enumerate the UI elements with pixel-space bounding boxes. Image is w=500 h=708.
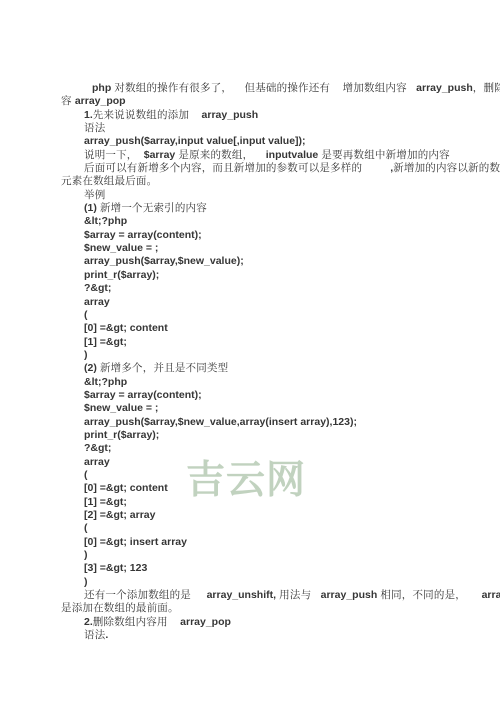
text-line: 元素在数组最后面。 xyxy=(61,175,461,188)
text-line: (2) 新增多个，并且是不同类型 xyxy=(61,362,461,375)
text-line: print_r($array); xyxy=(61,429,461,442)
text-line: array_push($array,input value[,input val… xyxy=(61,135,461,148)
text-line: 2.删除数组内容用 array_pop xyxy=(61,616,461,629)
text-line: 后面可以有新增多个内容，而且新增加的参数可以是多样的 ,新增加的内容以新的数组 xyxy=(61,162,461,175)
text-line: ) xyxy=(61,349,461,362)
text-line: $new_value = ; xyxy=(61,402,461,415)
text-line: array xyxy=(61,296,461,309)
text-line: 是添加在数组的最前面。 xyxy=(61,602,461,615)
text-line: [3] =&gt; 123 xyxy=(61,562,461,575)
text-line: [0] =&gt; insert array xyxy=(61,536,461,549)
text-line: &lt;?php xyxy=(61,215,461,228)
text-line: ( xyxy=(61,522,461,535)
text-line: [0] =&gt; content xyxy=(61,482,461,495)
text-line: 说明一下， $array 是原来的数组， inputvalue 是要再数组中新增… xyxy=(61,149,461,162)
text-line: (1) 新增一个无索引的内容 xyxy=(61,202,461,215)
text-line: [1] =&gt; xyxy=(61,336,461,349)
text-line: [1] =&gt; xyxy=(61,496,461,509)
text-line: $array = array(content); xyxy=(61,229,461,242)
text-line: array xyxy=(61,456,461,469)
document-page: 吉云网 php 对数组的操作有很多了， 但基础的操作还有 增加数组内容 arra… xyxy=(0,0,500,708)
text-line: [2] =&gt; array xyxy=(61,509,461,522)
text-line: $array = array(content); xyxy=(61,389,461,402)
text-line: 语法. xyxy=(61,629,461,642)
text-line: ) xyxy=(61,549,461,562)
text-line: ( xyxy=(61,469,461,482)
text-line: 还有一个添加数组的是 array_unshift, 用法与 array_push… xyxy=(61,589,461,602)
text-line: 举例 xyxy=(61,189,461,202)
text-line: ) xyxy=(61,576,461,589)
text-line: array_push($array,$new_value); xyxy=(61,255,461,268)
text-line: php 对数组的操作有很多了， 但基础的操作还有 增加数组内容 array_pu… xyxy=(61,82,461,95)
text-line: ( xyxy=(61,309,461,322)
text-line: print_r($array); xyxy=(61,269,461,282)
text-line: 容 array_pop xyxy=(61,95,461,108)
text-line: [0] =&gt; content xyxy=(61,322,461,335)
text-line: 1.先来说说数组的添加 array_push xyxy=(61,109,461,122)
text-line: $new_value = ; xyxy=(61,242,461,255)
document-body: php 对数组的操作有很多了， 但基础的操作还有 增加数组内容 array_pu… xyxy=(61,82,461,642)
text-line: &lt;?php xyxy=(61,376,461,389)
text-line: ?&gt; xyxy=(61,442,461,455)
text-line: 语法 xyxy=(61,122,461,135)
text-line: array_push($array,$new_value,array(inser… xyxy=(61,416,461,429)
text-line: ?&gt; xyxy=(61,282,461,295)
